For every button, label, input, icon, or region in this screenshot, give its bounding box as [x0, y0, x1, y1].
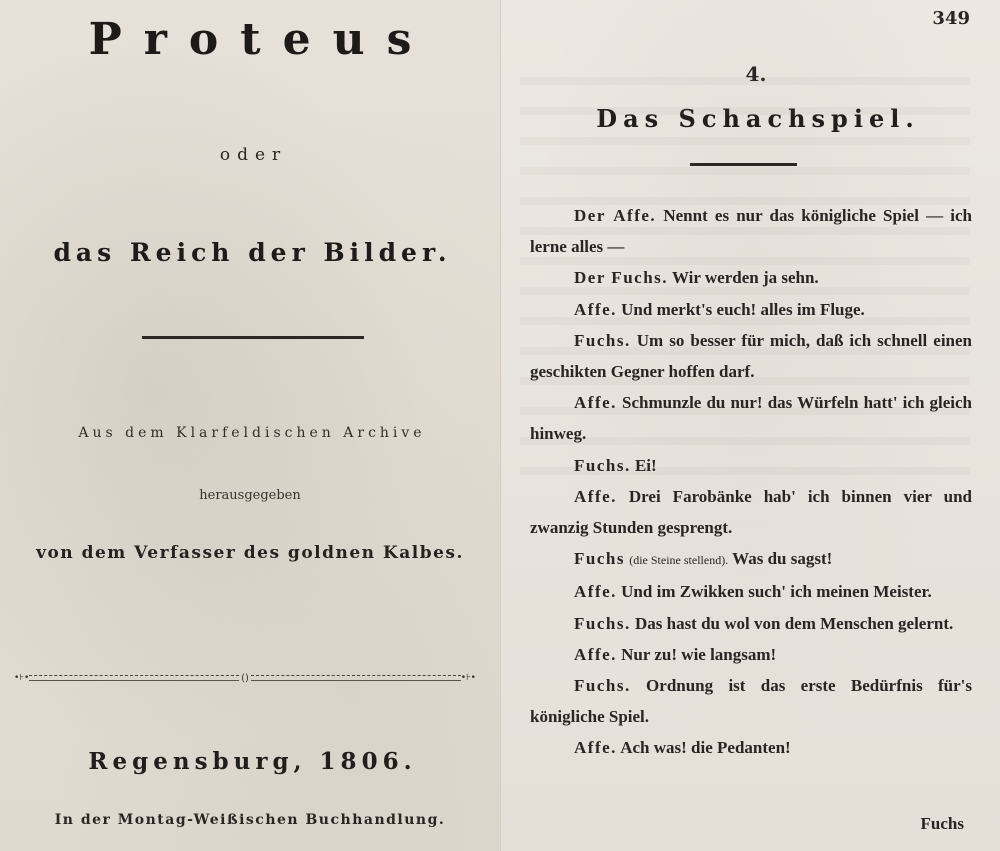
speaker-name: Fuchs. [574, 456, 631, 475]
dialogue-line: Fuchs. Ordnung ist das erste Bedürfnis f… [530, 670, 972, 732]
title-page: Proteus oder das Reich der Bilder. Aus d… [0, 0, 500, 851]
dialogue-line: Affe. Und merkt's euch! alles im Fluge. [530, 294, 972, 325]
spoken-text: Ach was! die Pedanten! [620, 738, 790, 757]
dialogue-line: Fuchs. Das hast du wol von dem Menschen … [530, 608, 972, 639]
dialogue-line: Fuchs. Um so besser für mich, daß ich sc… [530, 325, 972, 387]
dialogue-body: Der Affe. Nennt es nur das königliche Sp… [530, 200, 972, 764]
book-spread: Proteus oder das Reich der Bilder. Aus d… [0, 0, 1000, 851]
dialogue-line: Fuchs (die Steine stellend). Was du sags… [530, 543, 972, 576]
speaker-name: Fuchs. [574, 676, 631, 695]
title-rule-divider [142, 336, 364, 339]
editor-line: herausgegeben [0, 488, 500, 503]
archive-line: Aus dem Klarfeldischen Archive [0, 425, 500, 441]
speaker-name: Affe. [574, 300, 617, 319]
author-line: von dem Verfasser des goldnen Kalbes. [0, 543, 500, 563]
ornament-line-right [251, 675, 461, 681]
section-heading: Das Schachspiel. [501, 104, 1000, 133]
catchword: Fuchs [921, 814, 964, 834]
speaker-name: Affe. [574, 738, 617, 757]
spoken-text: Und im Zwikken such' ich meinen Meister. [621, 582, 932, 601]
dialogue-line: Affe. Drei Farobänke hab' ich binnen vie… [530, 481, 972, 543]
dialogue-line: Affe. Schmunzle du nur! das Würfeln hatt… [530, 387, 972, 449]
dialogue-line: Affe. Nur zu! wie langsam! [530, 639, 972, 670]
ornament-right-end-icon: •⊦• [461, 672, 476, 684]
spoken-text: Nur zu! wie langsam! [621, 645, 776, 664]
section-number: 4. [501, 62, 1000, 86]
place-and-year: Regensburg, 1806. [0, 748, 500, 775]
spoken-text: Was du sagst! [732, 549, 832, 568]
dialogue-line: Der Affe. Nennt es nur das königliche Sp… [530, 200, 972, 262]
speaker-name: Der Fuchs. [574, 268, 668, 287]
speaker-name: Fuchs [574, 549, 625, 568]
spoken-text: Und merkt's euch! alles im Fluge. [621, 300, 865, 319]
stage-direction: (die Steine stellend). [629, 553, 728, 567]
speaker-name: Affe. [574, 393, 617, 412]
ornament-center-icon: () [239, 673, 251, 684]
speaker-name: Affe. [574, 582, 617, 601]
heading-rule-divider [690, 163, 797, 166]
ornament-line-left [29, 675, 239, 681]
book-subtitle: das Reich der Bilder. [0, 238, 500, 267]
book-title: Proteus [0, 14, 500, 65]
ornamental-rule: •⊦• () •⊦• [14, 672, 476, 684]
ornament-left-end-icon: •⊦• [14, 672, 29, 684]
spoken-text: Ei! [635, 456, 657, 475]
page-number: 349 [932, 8, 970, 29]
dialogue-line: Affe. Und im Zwikken such' ich meinen Me… [530, 576, 972, 607]
spoken-text: Das hast du wol von dem Menschen gelernt… [635, 614, 953, 633]
dialogue-line: Der Fuchs. Wir werden ja sehn. [530, 262, 972, 293]
dialogue-line: Fuchs. Ei! [530, 450, 972, 481]
publisher-line: In der Montag-Weißischen Buchhandlung. [0, 812, 500, 828]
speaker-name: Affe. [574, 487, 617, 506]
speaker-name: Affe. [574, 645, 617, 664]
speaker-name: Der Affe. [574, 206, 656, 225]
spoken-text: Wir werden ja sehn. [672, 268, 819, 287]
speaker-name: Fuchs. [574, 331, 631, 350]
speaker-name: Fuchs. [574, 614, 631, 633]
dialogue-line: Affe. Ach was! die Pedanten! [530, 732, 972, 763]
title-conjunction: oder [0, 145, 500, 165]
